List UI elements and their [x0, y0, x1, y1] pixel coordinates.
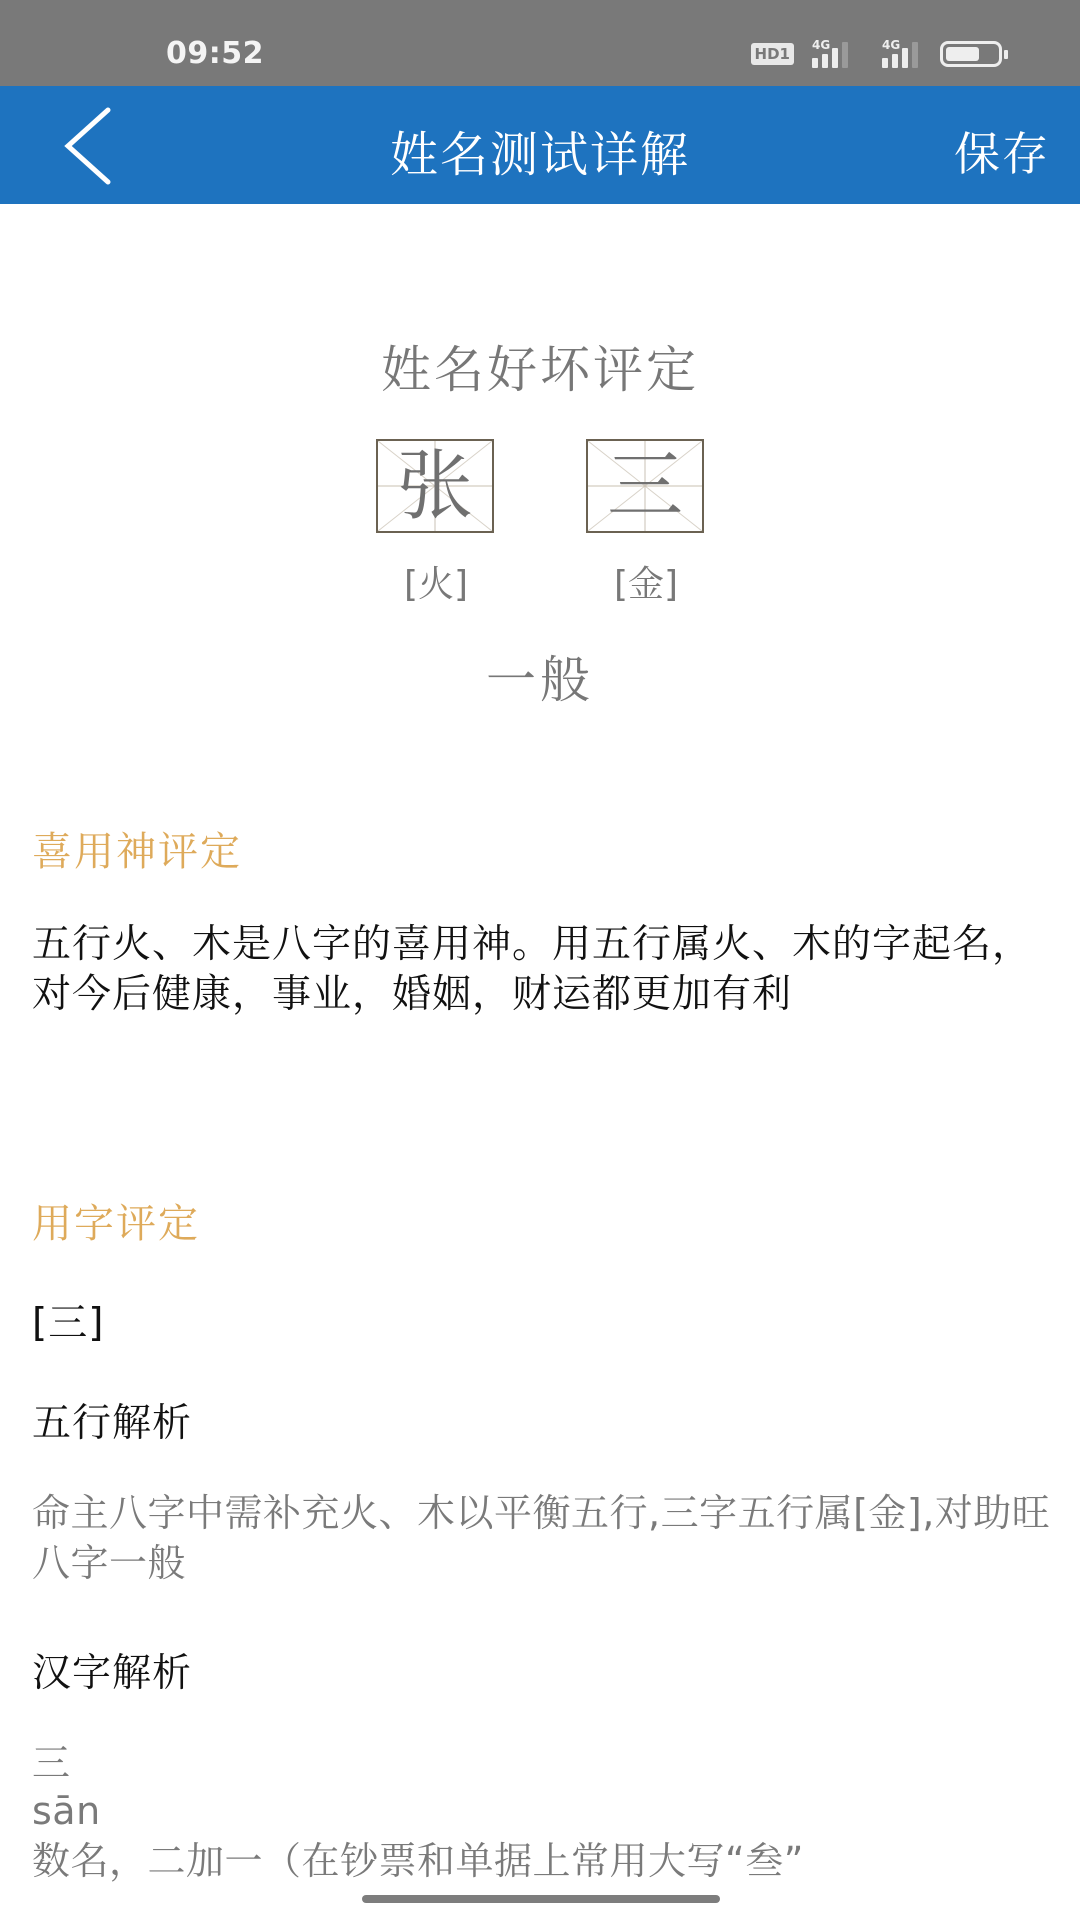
overall-verdict: 一般	[0, 640, 1080, 712]
element-label: [金]	[576, 556, 716, 607]
hanzi-definition: 数名，二加一（在钞票和单据上常用大写“叁”	[32, 1836, 1054, 1886]
page-title: 姓名测试详解	[0, 116, 1080, 185]
section-heading-favorable-god: 喜用神评定	[32, 820, 242, 877]
favorable-god-text: 五行火、木是八字的喜用神。用五行属火、木的字起名，对今后健康，事业，婚姻，财运都…	[32, 920, 1050, 1020]
element-label: [火]	[366, 556, 506, 607]
name-char: 三	[588, 441, 702, 531]
hanzi-pinyin: sān	[32, 1786, 1054, 1836]
char-label: [三]	[32, 1292, 104, 1348]
nav-bar: 姓名测试详解 保存	[0, 86, 1080, 204]
hd-voice-icon: HD1	[751, 43, 794, 65]
wuxing-heading: 五行解析	[32, 1392, 192, 1448]
signal-4g-icon-secondary: 4G	[876, 40, 922, 68]
hanzi-heading: 汉字解析	[32, 1642, 192, 1698]
status-time: 09:52	[166, 36, 264, 71]
status-bar: 09:52 HD1 4G 4G	[0, 0, 1080, 86]
hanzi-char: 三	[32, 1738, 1054, 1788]
home-indicator[interactable]	[362, 1895, 720, 1903]
name-char-box: 张	[376, 439, 494, 533]
name-char-box: 三	[586, 439, 704, 533]
save-button[interactable]: 保存	[954, 118, 1050, 184]
status-icons: HD1 4G 4G	[751, 40, 1002, 68]
battery-icon	[940, 41, 1002, 67]
rating-title: 姓名好坏评定	[0, 330, 1080, 402]
wuxing-text: 命主八字中需补充火、木以平衡五行,三字五行属[金],对助旺八字一般	[32, 1488, 1054, 1588]
name-char: 张	[378, 441, 492, 531]
section-heading-char-rating: 用字评定	[32, 1192, 200, 1249]
signal-4g-icon: 4G	[812, 40, 858, 68]
